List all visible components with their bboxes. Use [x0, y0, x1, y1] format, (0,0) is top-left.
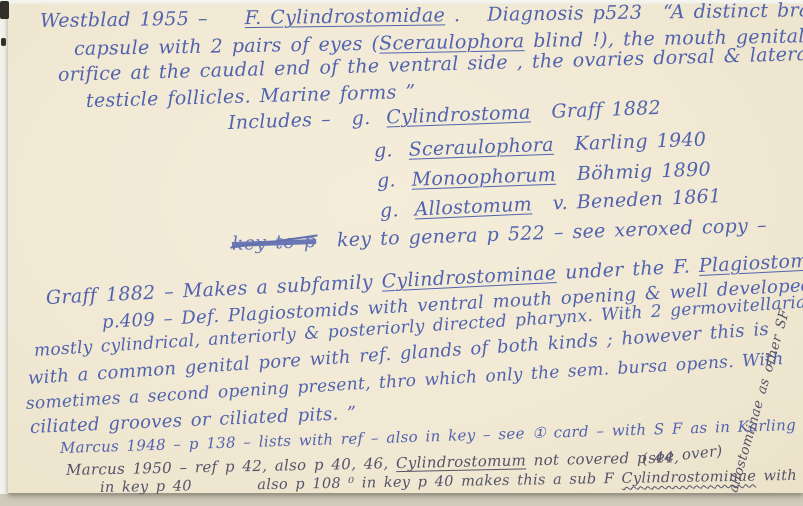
- author-year: Westblad 1955 –: [40, 8, 208, 32]
- crossed-out-text: key to p: [232, 230, 317, 255]
- genus-authority: Karling 1940: [574, 128, 706, 155]
- scan-edge-left: [0, 0, 8, 494]
- quote-start: “A distinct brain: [663, 0, 803, 23]
- genus-abbr: g.: [351, 107, 371, 130]
- diagnosis-ref: Diagnosis p523: [487, 2, 643, 26]
- genus-abbr: g.: [380, 199, 400, 222]
- genus-abbr: g.: [374, 139, 394, 162]
- scan-artifact: [1, 38, 6, 46]
- scan-artifact: [2, 12, 6, 17]
- genus-authority: Böhmig 1890: [576, 158, 711, 185]
- family-period: .: [454, 4, 461, 26]
- note-text: in key p 40: [100, 478, 192, 496]
- family-name: F. Cylindrostomidae: [244, 4, 445, 29]
- note-text: with: [756, 468, 797, 485]
- genus-abbr: g.: [377, 169, 397, 192]
- includes-label: Includes –: [228, 108, 332, 134]
- scanned-index-card: Westblad 1955 – F. Cylindrostomidae . Di…: [0, 0, 803, 506]
- genus-authority: Graff 1882: [551, 97, 661, 123]
- genus-name: Cylindrostomum: [396, 451, 526, 472]
